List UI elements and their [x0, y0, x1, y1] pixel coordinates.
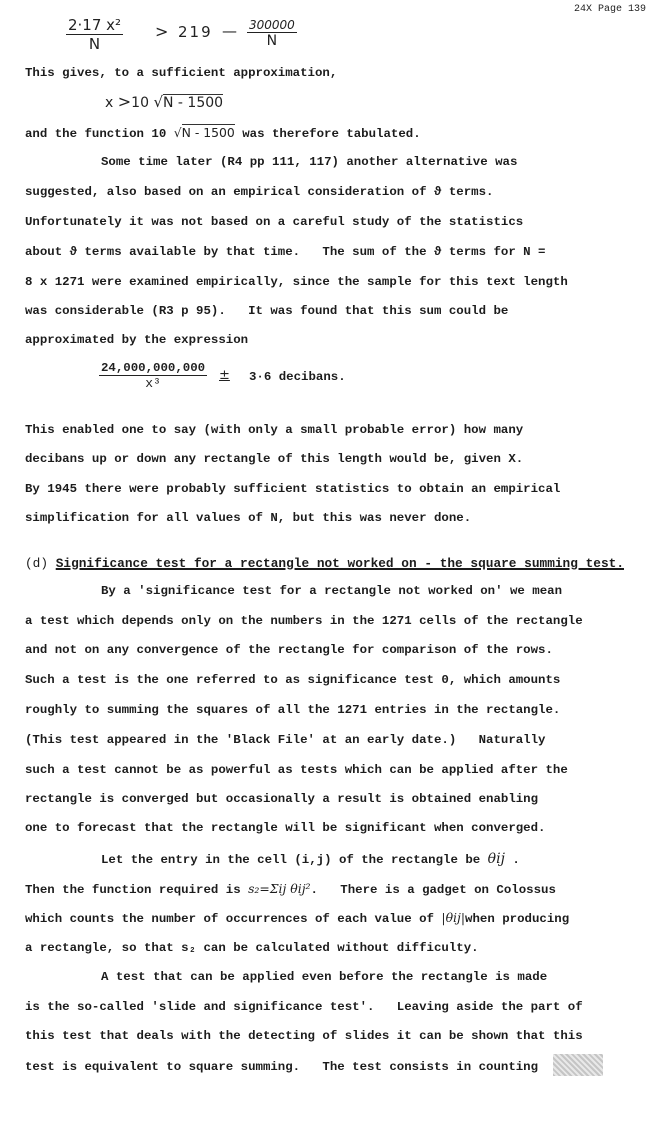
text-line: such a test cannot be as powerful as tes…	[25, 763, 568, 777]
minus-sign: —	[222, 22, 237, 40]
text-line: suggested, also based on an empirical co…	[25, 185, 493, 199]
text-line: decibans up or down any rectangle of thi…	[25, 452, 523, 466]
fraction-decibans: 24,000,000,000 x³	[99, 361, 207, 391]
abs-theta-symbol: |θij|	[441, 910, 465, 925]
fraction-rhs: 300000 N	[247, 18, 297, 49]
constant-219: 219	[178, 23, 213, 41]
text-line: which counts the number of occurrences o…	[25, 910, 569, 926]
text-line: Unfortunately it was not based on a care…	[25, 215, 523, 229]
text-line: A test that can be applied even before t…	[101, 970, 547, 984]
sum-formula: s₂=Σij θij²	[248, 881, 310, 896]
sqrt-icon: √	[153, 93, 163, 111]
sqrt-icon: √	[174, 125, 182, 140]
text-line: 8 x 1271 were examined empirically, sinc…	[25, 275, 568, 289]
text-line: about ϑ terms available by that time. Th…	[25, 245, 546, 259]
equation-2: x >10 √N - 1500	[105, 92, 223, 111]
text-line: Let the entry in the cell (i,j) of the r…	[101, 851, 520, 867]
section-heading: (d) Significance test for a rectangle no…	[25, 556, 624, 571]
text-line: (This test appeared in the 'Black File' …	[25, 733, 546, 747]
text-line: this test that deals with the detecting …	[25, 1029, 583, 1043]
text-line: roughly to summing the squares of all th…	[25, 703, 560, 717]
text-line: and the function 10 √N - 1500 was theref…	[25, 125, 421, 141]
text-line: and not on any convergence of the rectan…	[25, 643, 553, 657]
greater-than: >	[155, 22, 168, 41]
text-line: By 1945 there were probably sufficient s…	[25, 482, 560, 496]
decibans-value: 3·6 decibans.	[249, 370, 346, 384]
redaction-blot	[553, 1054, 603, 1076]
text-line: simplification for all values of N, but …	[25, 511, 471, 525]
text-line: a test which depends only on the numbers…	[25, 614, 583, 628]
plus-minus: ±	[219, 368, 230, 383]
text-line: test is equivalent to square summing. Th…	[25, 1060, 538, 1074]
text-line: is the so-called 'slide and significance…	[25, 1000, 583, 1014]
text-line: Then the function required is s₂=Σij θij…	[25, 881, 556, 897]
fraction-lhs: 2·17 x² N	[66, 16, 123, 53]
text-line: This enabled one to say (with only a sma…	[25, 423, 523, 437]
text-line: rectangle is converged but occasionally …	[25, 792, 538, 806]
text-line: was considerable (R3 p 95). It was found…	[25, 304, 508, 318]
text-line: Some time later (R4 pp 111, 117) another…	[101, 155, 517, 169]
text-line: a rectangle, so that s₂ can be calculate…	[25, 941, 479, 955]
text-line: This gives, to a sufficient approximatio…	[25, 66, 337, 80]
theta-symbol: θij	[488, 851, 505, 867]
text-line: By a 'significance test for a rectangle …	[101, 584, 562, 598]
text-line: one to forecast that the rectangle will …	[25, 821, 546, 835]
page-header: 24X Page 139	[574, 4, 646, 15]
text-line: approximated by the expression	[25, 333, 248, 347]
text-line: Such a test is the one referred to as si…	[25, 673, 560, 687]
